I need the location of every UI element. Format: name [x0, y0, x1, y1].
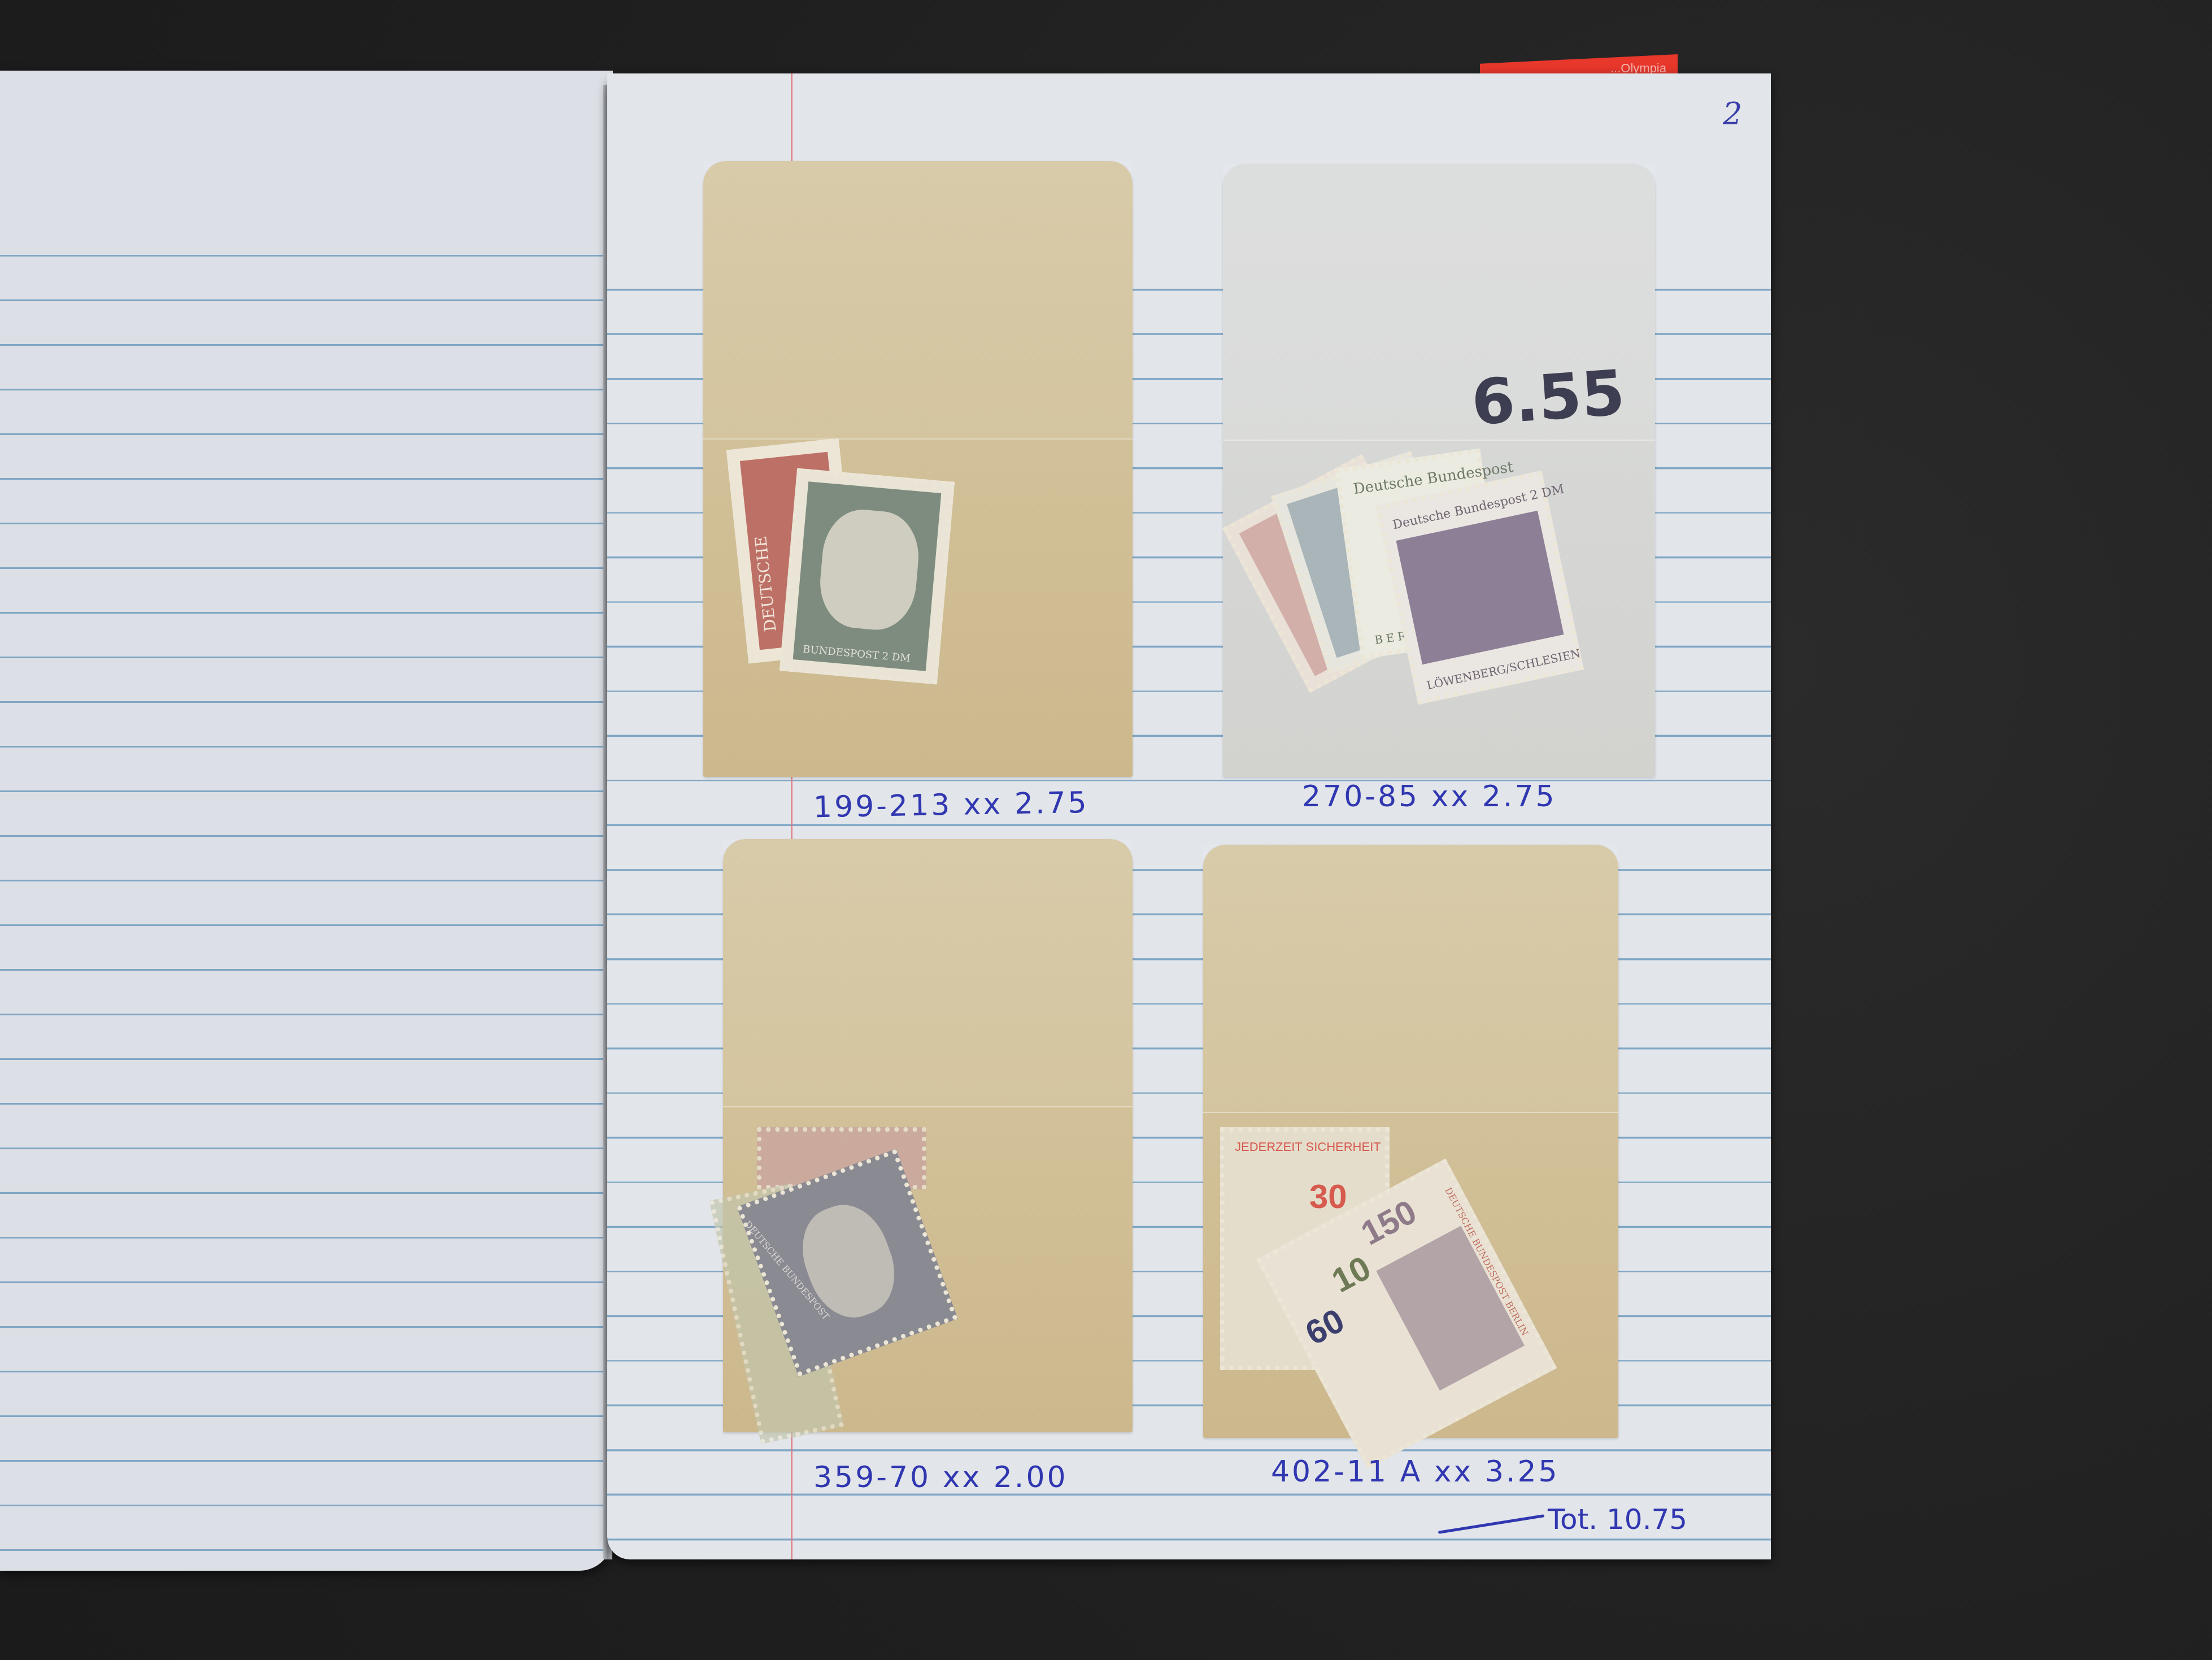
stamp-value-150: 150: [1355, 1192, 1423, 1253]
stamp-value-60: 60: [1299, 1301, 1351, 1353]
stamp-green-portrait: BUNDESPOST 2 DM: [780, 468, 955, 684]
envelope-label-bottom-right: 402-11 A xx 3.25: [1271, 1455, 1560, 1489]
page-number: 2: [1723, 96, 1742, 132]
stamp-text: JEDERZEIT SICHERHEIT: [1235, 1140, 1381, 1154]
envelope-flap: [723, 839, 1133, 1107]
envelope-flap: [1203, 845, 1618, 1113]
stamp-purple-lowenberg: Deutsche Bundespost 2 DM LÖWENBERG/SCHLE…: [1376, 471, 1584, 705]
envelope-top-left[interactable]: DEUTSCHE BUNDESPOST 2 DM: [703, 161, 1133, 777]
envelope-bottom-right[interactable]: JEDERZEIT SICHERHEIT 30 60 10 150 DEUTSC…: [1203, 845, 1618, 1438]
left-page-header-space: [0, 71, 613, 240]
stamp-value-10: 10: [1326, 1248, 1377, 1300]
grand-total: Tot. 10.75: [1548, 1503, 1687, 1536]
notebook-left-page: [0, 71, 613, 1571]
stamp-value-30: 30: [1309, 1177, 1347, 1216]
envelope-flap: [703, 161, 1133, 440]
envelope-label-bottom-left: 359-70 xx 2.00: [813, 1461, 1068, 1494]
envelope-label-top-left: 199-213 xx 2.75: [813, 786, 1090, 825]
envelope-top-right[interactable]: Deutsche Bundespost BERLIN Deutsche Bund…: [1223, 164, 1655, 777]
envelope-bottom-left[interactable]: DEUTSCHE BUNDESPOST: [723, 839, 1133, 1432]
envelope-label-top-right: 270-85 xx 2.75: [1302, 780, 1557, 814]
pencil-price-note: 6.55: [1469, 357, 1627, 440]
